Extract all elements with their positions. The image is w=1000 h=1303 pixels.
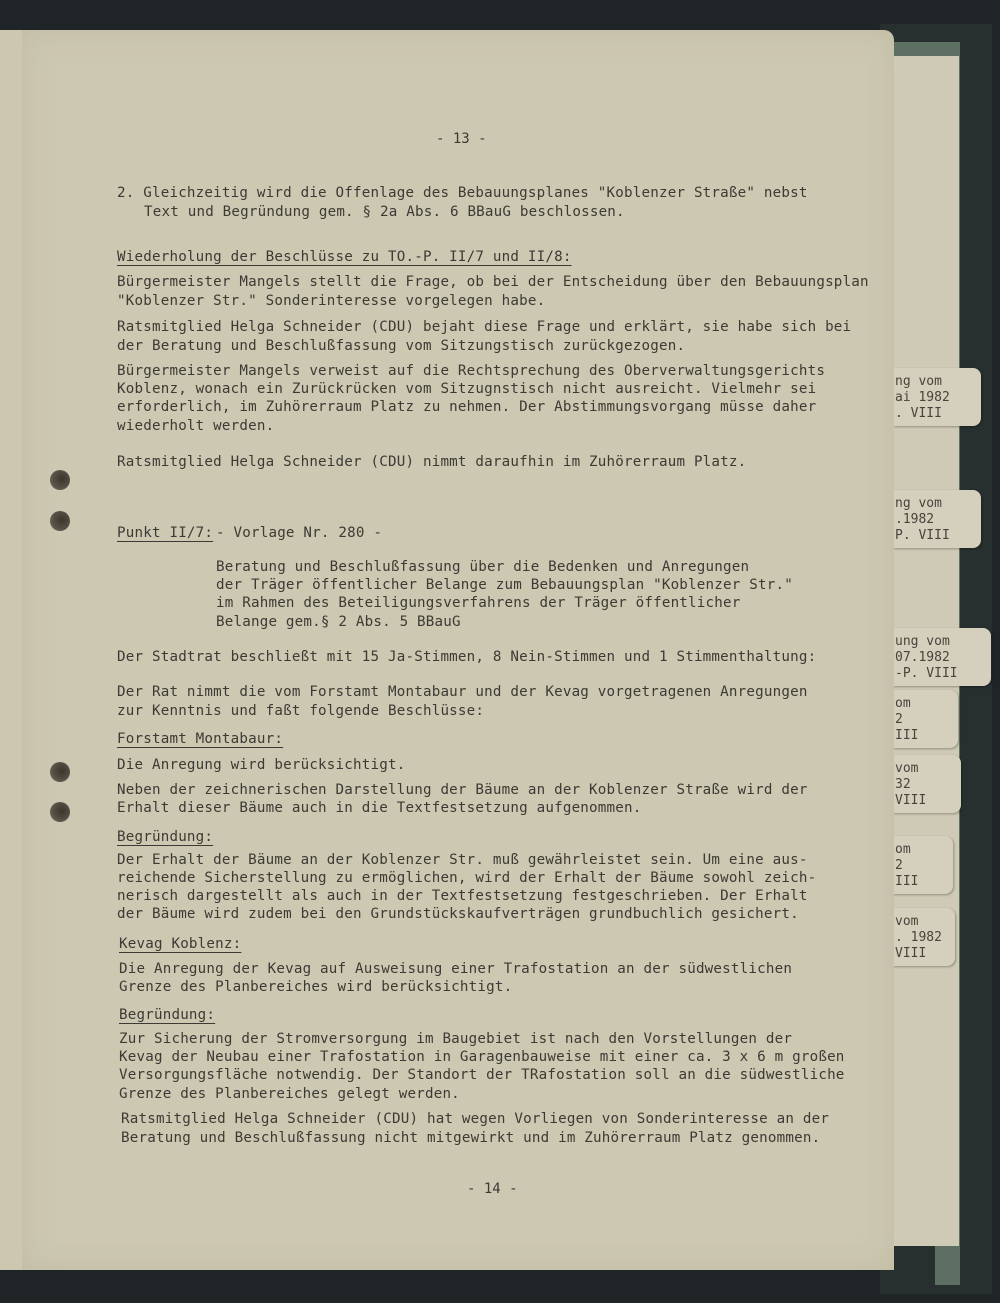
tab-text: vom xyxy=(895,914,955,930)
punch-hole xyxy=(50,511,70,531)
index-tab[interactable]: om2III xyxy=(893,836,953,894)
index-tab[interactable]: vom32VIII xyxy=(893,755,961,813)
paragraph: "Koblenzer Str." Sonderinteresse vorgele… xyxy=(117,292,545,311)
tab-text: 07.1982 xyxy=(895,650,991,666)
paragraph: Ratsmitglied Helga Schneider (CDU) hat w… xyxy=(121,1110,829,1129)
punkt-description: Beratung und Beschlußfassung über die Be… xyxy=(216,558,749,577)
paragraph: Beratung und Beschlußfassung nicht mitge… xyxy=(121,1129,820,1148)
paragraph: Grenze des Planbereiches wird berücksich… xyxy=(119,978,512,997)
vorlage-number: - Vorlage Nr. 280 - xyxy=(216,524,382,543)
tab-text: III xyxy=(895,874,953,890)
tab-text: vom xyxy=(895,761,961,777)
index-tab[interactable]: ng vom.1982P. VIII xyxy=(893,490,981,548)
paragraph: nerisch dargestellt als auch in der Text… xyxy=(117,887,808,906)
paragraph: Ratsmitglied Helga Schneider (CDU) nimmt… xyxy=(117,453,746,472)
index-tab[interactable]: vom. 1982VIII xyxy=(893,908,955,966)
paragraph: reichende Sicherstellung zu ermöglichen,… xyxy=(117,869,816,888)
tab-text: III xyxy=(895,728,958,744)
index-tab[interactable]: ung vom07.1982-P. VIII xyxy=(893,628,991,686)
paragraph: Neben der zeichnerischen Darstellung der… xyxy=(117,781,808,800)
tab-text: P. VIII xyxy=(895,528,981,544)
tab-text: -P. VIII xyxy=(895,666,991,682)
tab-text: 2 xyxy=(895,712,958,728)
tab-text: . 1982 xyxy=(895,930,955,946)
punch-hole xyxy=(50,802,70,822)
paragraph: Koblenz, wonach ein Zurückrücken vom Sit… xyxy=(117,380,816,399)
item-2-line-1: 2. Gleichzeitig wird die Offenlage des B… xyxy=(117,184,808,203)
tab-text: ai 1982 xyxy=(895,390,981,406)
paragraph: zur Kenntnis und faßt folgende Beschlüss… xyxy=(117,702,484,721)
index-tab[interactable]: ng vomai 1982. VIII xyxy=(893,368,981,426)
tab-text: VIII xyxy=(895,946,955,962)
paragraph: Kevag der Neubau einer Trafostation in G… xyxy=(119,1048,845,1067)
paragraph: Der Erhalt der Bäume an der Koblenzer St… xyxy=(117,851,808,870)
tab-text: ung vom xyxy=(895,634,991,650)
tab-text: 2 xyxy=(895,858,953,874)
paragraph: Versorgungsfläche notwendig. Der Standor… xyxy=(119,1066,845,1085)
tab-text: VIII xyxy=(895,793,961,809)
page-number-bottom: - 14 - xyxy=(467,1181,518,1197)
punkt-description: Belange gem.§ 2 Abs. 5 BBauG xyxy=(216,613,461,632)
paragraph: der Beratung und Beschlußfassung vom Sit… xyxy=(117,337,685,356)
paragraph: Erhalt dieser Bäume auch in die Textfest… xyxy=(117,799,642,818)
vote-result: Der Stadtrat beschließt mit 15 Ja-Stimme… xyxy=(117,648,816,667)
paragraph: der Bäume wird zudem bei den Grundstücks… xyxy=(117,905,799,924)
punkt-description: im Rahmen des Beteiligungsverfahrens der… xyxy=(216,594,741,613)
index-tab[interactable]: om2III xyxy=(893,690,958,748)
tab-text: .1982 xyxy=(895,512,981,528)
paragraph: Die Anregung der Kevag auf Ausweisung ei… xyxy=(119,960,792,979)
kevag-heading: Kevag Koblenz: xyxy=(119,935,241,954)
tab-text: ng vom xyxy=(895,374,981,390)
paragraph: Zur Sicherung der Stromversorgung im Bau… xyxy=(119,1030,792,1049)
previous-page-edge xyxy=(0,30,24,1270)
page-number-top: - 13 - xyxy=(436,131,487,147)
paragraph: Bürgermeister Mangels stellt die Frage, … xyxy=(117,273,869,292)
paragraph: wiederholt werden. xyxy=(117,417,274,436)
paragraph: Grenze des Planbereiches gelegt werden. xyxy=(119,1085,460,1104)
punkt-description: der Träger öffentlicher Belange zum Beba… xyxy=(216,576,793,595)
item-2-line-2: Text und Begründung gem. § 2a Abs. 6 BBa… xyxy=(144,203,625,222)
tab-text: om xyxy=(895,842,953,858)
paragraph: erforderlich, im Zuhörerraum Platz zu ne… xyxy=(117,398,816,417)
punkt-label: Punkt II/7: xyxy=(117,524,213,543)
begruendung-heading: Begründung: xyxy=(119,1006,215,1025)
tab-text: . VIII xyxy=(895,406,981,422)
tab-text: om xyxy=(895,696,958,712)
punch-hole xyxy=(50,470,70,490)
forstamt-heading: Forstamt Montabaur: xyxy=(117,730,283,749)
tab-text: 32 xyxy=(895,777,961,793)
paragraph: Bürgermeister Mangels verweist auf die R… xyxy=(117,362,825,381)
paragraph: Der Rat nimmt die vom Forstamt Montabaur… xyxy=(117,683,808,702)
repeat-heading: Wiederholung der Beschlüsse zu TO.-P. II… xyxy=(117,248,572,267)
tab-text: ng vom xyxy=(895,496,981,512)
punch-hole xyxy=(50,762,70,782)
begruendung-heading: Begründung: xyxy=(117,828,213,847)
paragraph: Ratsmitglied Helga Schneider (CDU) bejah… xyxy=(117,318,851,337)
paragraph: Die Anregung wird berücksichtigt. xyxy=(117,756,405,775)
